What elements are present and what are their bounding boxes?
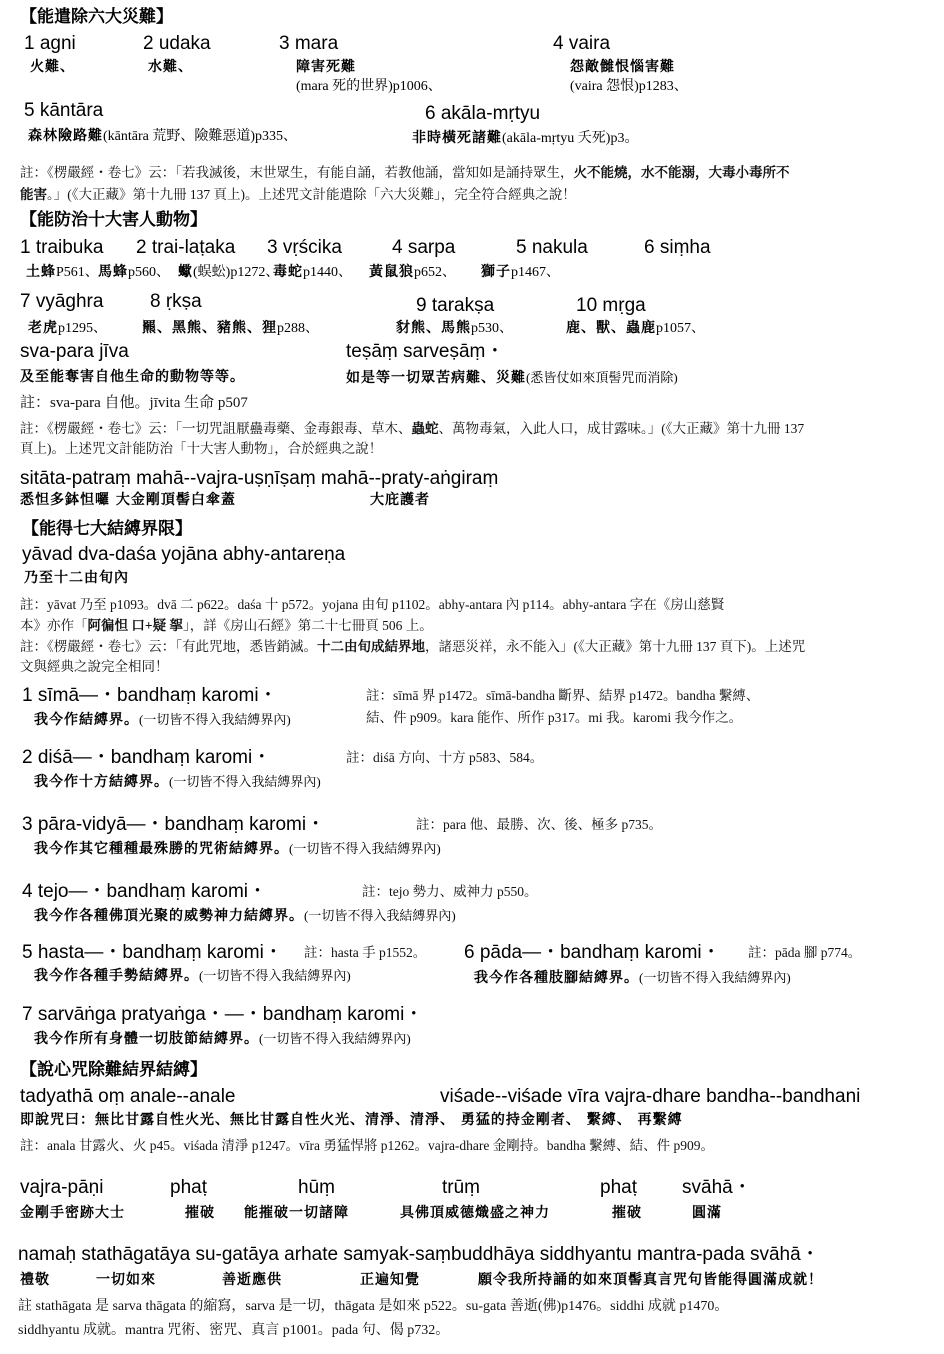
phrase-sva-para-jiva-zh: 及至能奪害自他生命的動物等等。: [20, 370, 245, 384]
mantra-zh-phat-2: 摧破: [612, 1206, 642, 1220]
section-heading-ten-animals: 【能防治十大害人動物】: [20, 212, 207, 229]
animal-zh-6: 獅子p1467、: [481, 264, 560, 280]
note-shurangama-3b: 文與經典之說完全相同！: [20, 660, 169, 674]
term-kantara-line: 森林險路難(kāntāra 荒野、險難惡道)p335、: [28, 128, 297, 144]
heart-mantra-note-1: 註：anala 甘露火、火 p45。viśada 清淨 p1247。vīra 勇…: [20, 1139, 714, 1153]
binding-5-zh: 我今作各種手勢結縛界。(一切皆不得入我結縛界內): [34, 968, 351, 984]
term-vaira-zh: 怨敵雠恨惱害難: [570, 60, 675, 74]
animal-term-1: 1 traibuka: [20, 238, 103, 257]
animal-term-3: 3 vṛścika: [267, 238, 342, 257]
heart-mantra-sk-1b: viśade--viśade vīra vajra-dhare bandha--…: [440, 1087, 860, 1106]
heart-mantra-sk-1a: tadyathā oṃ anale--anale: [20, 1087, 235, 1106]
mantra-word-svaha: svāhā・: [682, 1178, 752, 1197]
mantra-title-zh-2: 大庇護者: [370, 493, 430, 507]
binding-3-note: 註：para 他、最勝、次、後、極多 p735。: [416, 818, 662, 832]
binding-6-zh: 我今作各種肢腳結縛界。(一切皆不得入我結縛界內): [474, 970, 791, 986]
note-abhy-antara: 本》亦作「阿徧怛 口+疑 挐」，詳《房山石經》第二十七冊頁 506 上。: [20, 619, 433, 633]
section-heading-six-calamities: 【能遣除六大災難】: [20, 9, 173, 26]
animal-term-4: 4 sarpa: [392, 238, 455, 257]
note-yavat: 註：yāvat 乃至 p1093。dvā 二 p622。daśa 十 p572。…: [20, 598, 724, 612]
animal-term-8: 8 ṛkṣa: [150, 292, 202, 311]
heart-mantra-zh-1: 即說咒曰：無比甘露自性火光、無比甘露自性火光、清淨、清淨、 勇猛的持金剛者、 繫…: [20, 1113, 683, 1127]
binding-5-sanskrit: 5 hasta—・bandhaṃ karomi・: [22, 943, 283, 962]
phrase-sva-para-jiva: sva-para jīva: [20, 342, 129, 361]
term-akala-line: 非時橫死諸難(akāla-mṛtyu 夭死)p3。: [412, 130, 638, 146]
animal-zh-9: 豺熊、馬熊p530、: [396, 320, 513, 336]
term-kantara: 5 kāntāra: [24, 101, 103, 120]
binding-4-zh: 我今作各種佛頂光聚的威勢神力結縛界。(一切皆不得入我結縛界內): [34, 908, 456, 924]
mantra-word-trum: trūṃ: [442, 1178, 480, 1197]
term-udaka: 2 udaka: [143, 34, 211, 53]
term-agni: 1 agni: [24, 34, 76, 53]
binding-3-sanskrit: 3 pāra-vidyā—・bandhaṃ karomi・: [22, 815, 325, 834]
yavad-zh: 乃至十二由旬內: [24, 571, 129, 585]
namah-zh-5: 願令我所持誦的如來頂髻真言咒句皆能得圓滿成就！: [478, 1273, 823, 1287]
animal-term-10: 10 mṛga: [576, 296, 646, 315]
term-akala-gloss: (akāla-mṛtyu 夭死)p3。: [502, 131, 638, 146]
animal-zh-7: 老虎p1295、: [28, 320, 107, 336]
animal-term-5: 5 nakula: [516, 238, 588, 257]
section-heading-heart-mantra: 【說心咒除難結界結縛】: [20, 1062, 207, 1079]
animal-term-7: 7 vyāghra: [20, 292, 103, 311]
term-mara-gloss: (mara 死的世界)p1006、: [296, 80, 442, 94]
phrase-tesam-sarvesam: teṣāṃ sarveṣāṃ・: [346, 342, 504, 361]
term-kantara-zh: 森林險路難: [28, 128, 103, 144]
mantra-word-hum: hūṃ: [298, 1178, 335, 1197]
animal-zh-2: 馬蜂p560、: [98, 264, 170, 280]
mantra-word-phat-2: phaṭ: [600, 1178, 637, 1197]
term-vaira-gloss: (vaira 怨恨)p1283、: [570, 80, 688, 94]
binding-6-note: 註：pāda 腳 p774。: [748, 946, 861, 960]
binding-1-note-a: 註：sīmā 界 p1472。sīmā-bandha 斷界、結界 p1472。b…: [366, 689, 759, 703]
mantra-title-sanskrit: sitāta-patraṃ mahā--vajra-uṣṇīṣaṃ mahā--…: [20, 469, 498, 488]
animal-term-2: 2 trai-laṭaka: [136, 238, 235, 257]
term-agni-zh: 火難、: [30, 60, 75, 74]
animal-zh-8: 羆、黑熊、豬熊、狸p288、: [142, 320, 319, 336]
term-akala-zh: 非時橫死諸難: [412, 130, 502, 146]
mantra-zh-svaha: 圓滿: [692, 1206, 722, 1220]
namah-zh-3: 善逝應供: [222, 1273, 282, 1287]
term-mara-zh: 障害死難: [296, 60, 356, 74]
note-shurangama-2b: 頁上)。上述咒文計能防治「十大害人動物」，合於經典之說！: [20, 442, 382, 456]
binding-3-zh: 我今作其它種種最殊勝的咒術結縛界。(一切皆不得入我結縛界內): [34, 841, 441, 857]
mantra-title-zh-1: 悉怛多鉢怛囉 大金剛頂髻白傘蓋: [20, 493, 236, 507]
binding-1-sanskrit: 1 sīmā—・bandhaṃ karomi・: [22, 686, 278, 705]
animal-zh-10: 鹿、獸、蟲鹿p1057、: [566, 320, 705, 336]
binding-2-sanskrit: 2 diśā—・bandhaṃ karomi・: [22, 748, 271, 767]
namah-note-2: siddhyantu 成就。mantra 咒術、密咒、真言 p1001。pada…: [18, 1324, 449, 1338]
note-shurangama-3: 註：《楞嚴經・卷七》云：「有此咒地，悉皆銷滅。十二由旬成結界地，諸惡災祥，永不能…: [20, 640, 805, 654]
term-mara: 3 mara: [279, 34, 338, 53]
mantra-zh-trum: 具佛頂威德熾盛之神力: [400, 1206, 550, 1220]
binding-7-sanskrit: 7 sarvāṅga pratyaṅga・—・bandhaṃ karomi・: [22, 1005, 423, 1024]
animal-term-9: 9 tarakṣa: [416, 296, 494, 315]
animal-zh-3: 蠍(蜈蚣)p1272、: [178, 264, 279, 280]
binding-5-note: 註：hasta 手 p1552。: [304, 946, 426, 960]
namah-zh-1: 禮敬: [20, 1273, 50, 1287]
binding-2-zh: 我今作十方結縛界。(一切皆不得入我結縛界內): [34, 774, 321, 790]
mantra-word-vajra-pani: vajra-pāṇi: [20, 1178, 103, 1197]
yavad-sanskrit: yāvad dva-daśa yojāna abhy-antareṇa: [22, 545, 345, 564]
note-sva-para: 註：sva-para 自他。jīvita 生命 p507: [20, 396, 248, 411]
binding-6-sanskrit: 6 pāda—・bandhaṃ karomi・: [464, 943, 721, 962]
mantra-word-phat-1: phaṭ: [170, 1178, 207, 1197]
term-udaka-zh: 水難、: [148, 60, 193, 74]
phrase-tesam-zh-line: 如是等一切眾苦病難、災難(悉皆仗如來頂髻咒而消除): [346, 370, 678, 386]
note-shurangama-1: 註：《楞嚴經・卷七》云：「若我滅後，末世眾生，有能自誦，若教他誦，當知如是誦持眾…: [20, 166, 790, 180]
namah-note-1: 註 stathāgata 是 sarva thāgata 的縮寫，sarva 是…: [18, 1300, 728, 1314]
term-vaira: 4 vaira: [553, 34, 610, 53]
section-heading-seven-bindings: 【能得七大結縛界限】: [22, 521, 192, 538]
namah-zh-4: 正遍知覺: [360, 1273, 420, 1287]
animal-zh-4: 毒蛇p1440、: [273, 264, 352, 280]
binding-1-zh: 我今作結縛界。(一切皆不得入我結縛界內): [34, 712, 291, 728]
mantra-zh-phat-1: 摧破: [185, 1206, 215, 1220]
binding-1-note-b: 結、件 p909。kara 能作、所作 p317。mi 我。karomi 我今作…: [366, 711, 742, 725]
namah-zh-2: 一切如來: [96, 1273, 156, 1287]
binding-2-note: 註：diśā 方向、十方 p583、584。: [346, 751, 543, 765]
note-shurangama-2: 註：《楞嚴經・卷七》云：「一切咒詛厭蠱毒藥、金毒銀毒、草木、蟲蛇、萬物毒氣，入此…: [20, 422, 804, 436]
term-kantara-gloss: (kāntāra 荒野、險難惡道)p335、: [103, 129, 297, 144]
term-akala-mrtyu: 6 akāla-mṛtyu: [425, 104, 540, 123]
binding-4-note: 註：tejo 勢力、威神力 p550。: [362, 885, 538, 899]
animal-zh-5: 黃鼠狼p652、: [369, 264, 456, 280]
note-shurangama-1b: 能害。」(《大正藏》第十九冊 137 頁上)。上述咒文計能遣除「六大災難」，完全…: [20, 188, 576, 202]
animal-term-6: 6 siṃha: [644, 238, 711, 257]
binding-4-sanskrit: 4 tejo—・bandhaṃ karomi・: [22, 882, 267, 901]
mantra-zh-hum: 能摧破一切諸障: [244, 1206, 349, 1220]
binding-7-zh: 我今作所有身體一切肢節結縛界。(一切皆不得入我結縛界內): [34, 1031, 411, 1047]
namah-mantra-sanskrit: namaḥ stathāgatāya su-gatāya arhate samy…: [18, 1245, 820, 1264]
mantra-zh-vajra-pani: 金剛手密跡大士: [20, 1206, 125, 1220]
animal-zh-1: 土蜂P561、: [26, 264, 99, 280]
